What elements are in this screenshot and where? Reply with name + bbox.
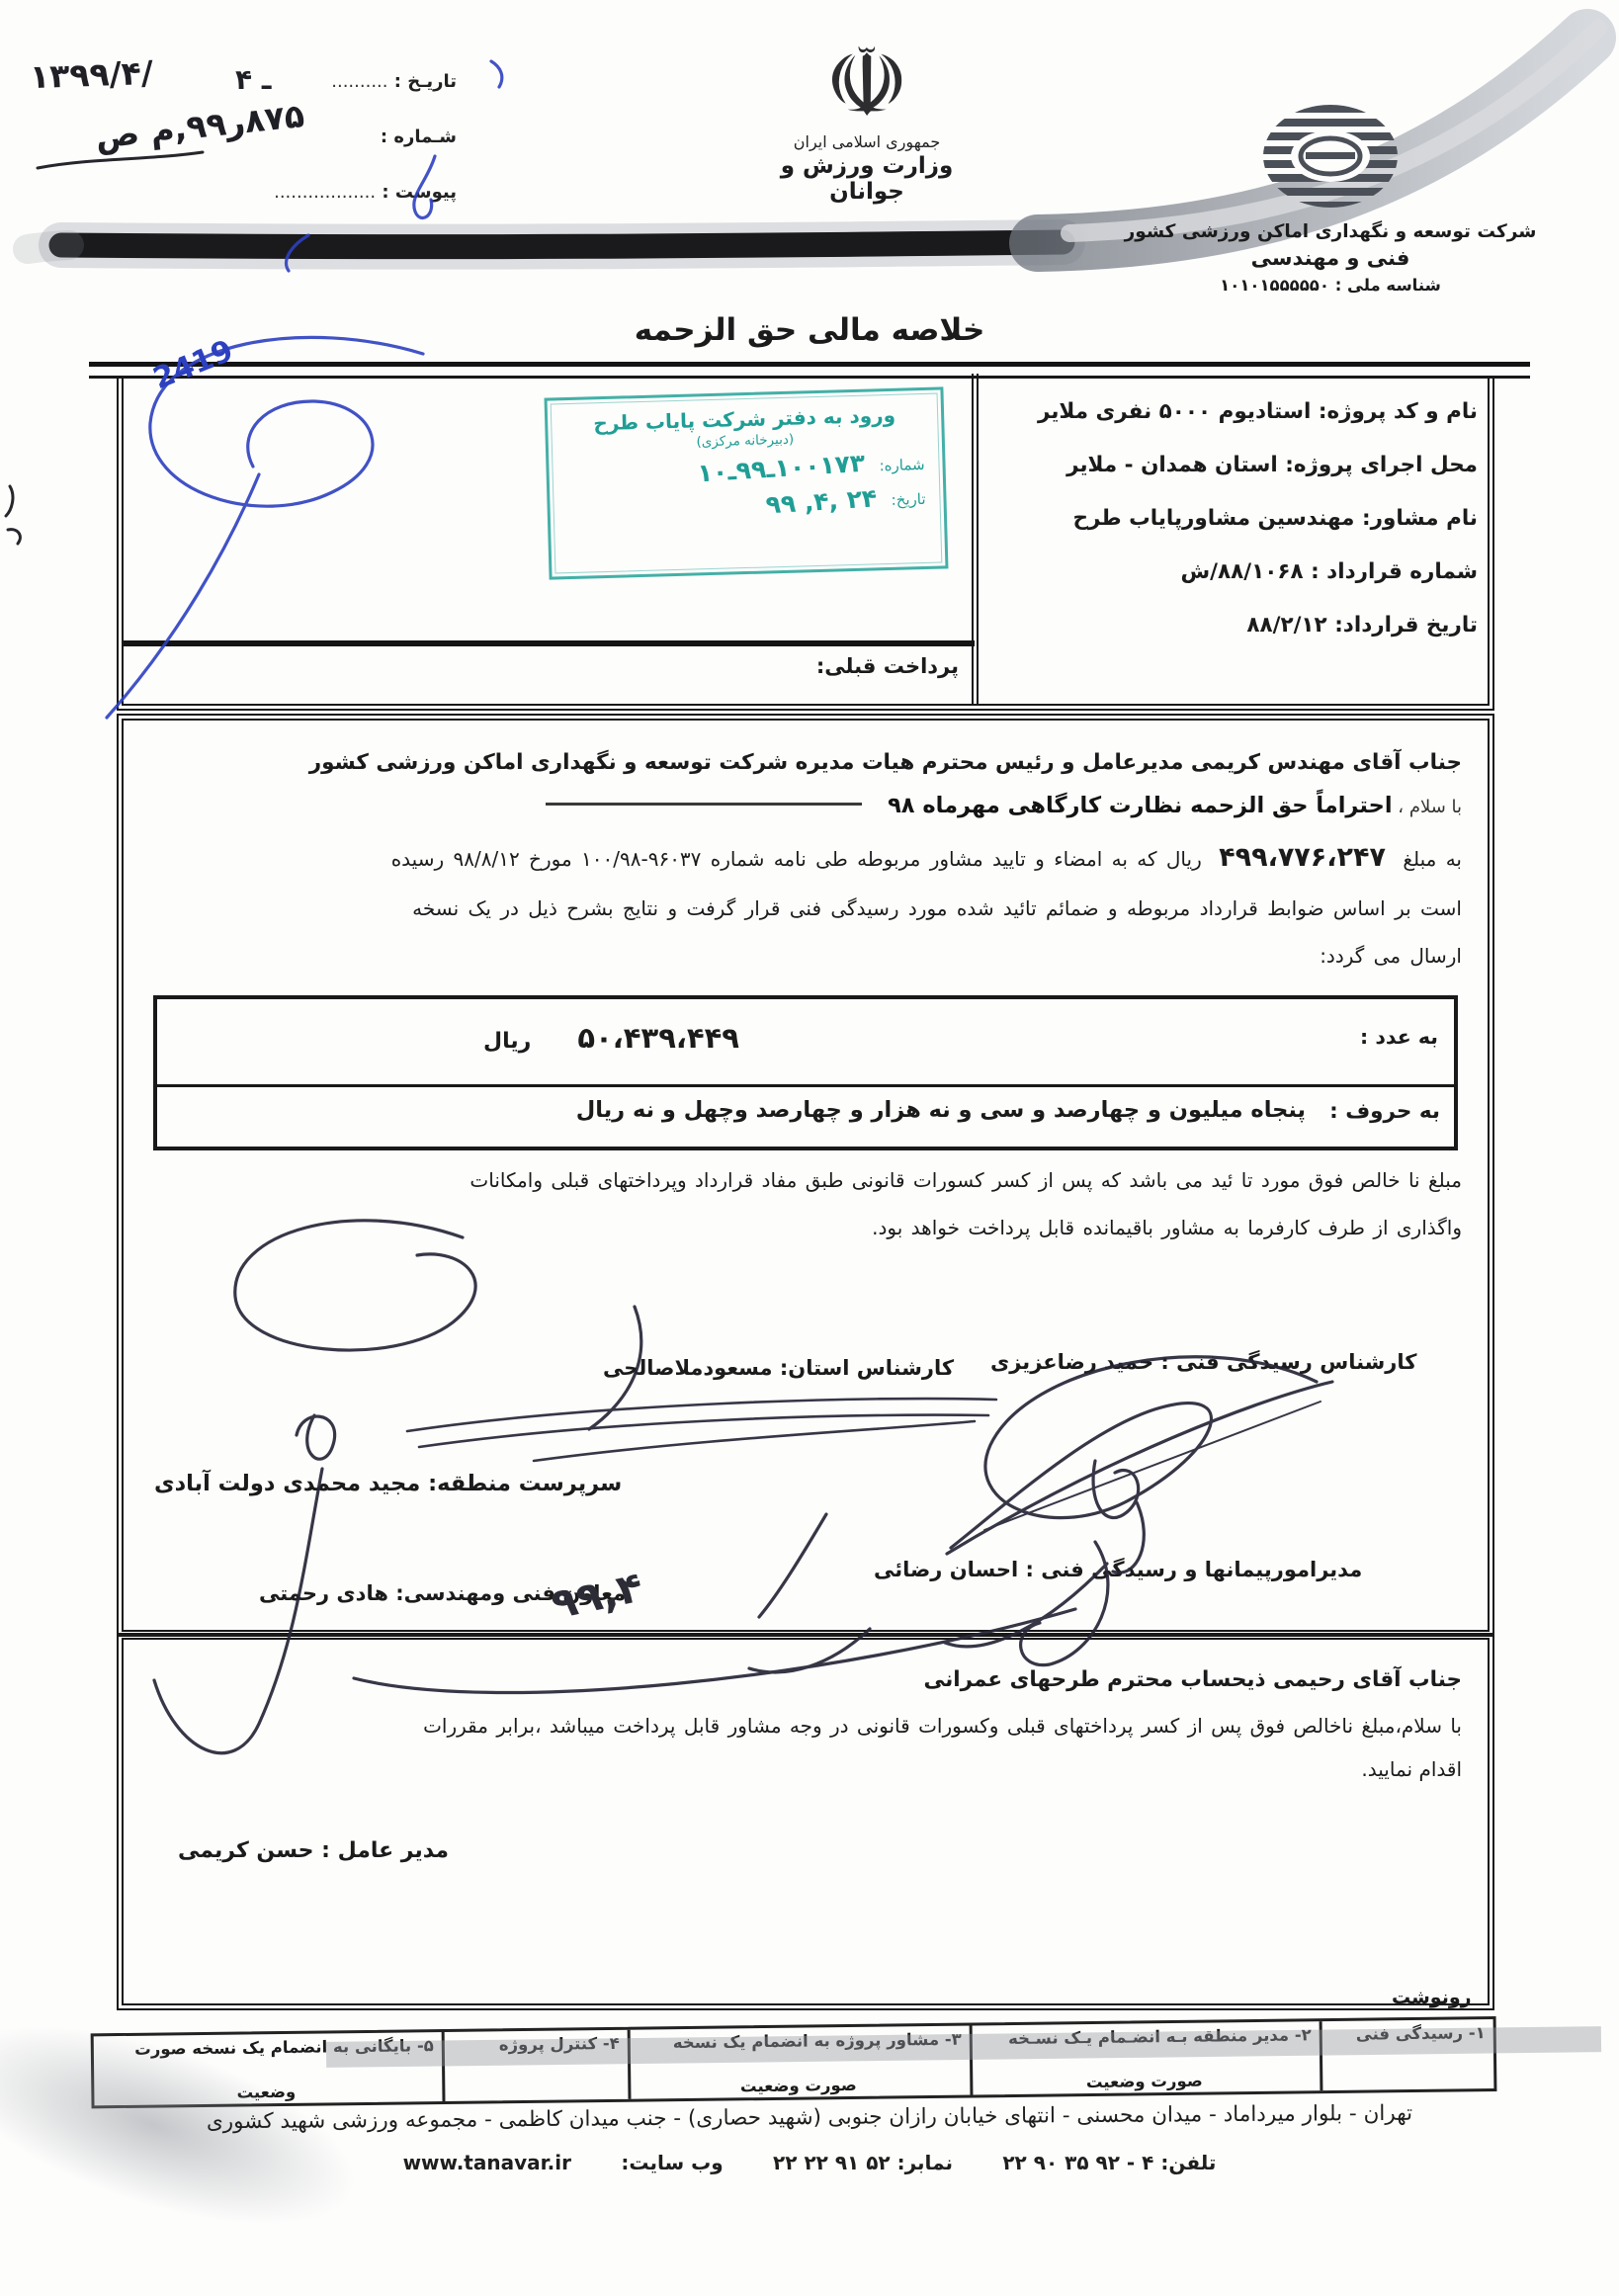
letter-body-line3: ارسال می گردد:	[149, 944, 1462, 968]
letter-body-line2: است بر اساس ضوابط قرارداد مربوطه و ضمائم…	[149, 896, 1462, 920]
contracts-manager-label: مدیرامورپیمانها و رسیدگی فنی : احسان رضا…	[874, 1558, 1362, 1581]
contract-number-row: شماره قرارداد : ۸۸/۱۰۶۸/ش	[1038, 546, 1478, 599]
letter-salutation: با سلام ، احتراماً حق الزحمه نظارت کارگا…	[149, 793, 1462, 818]
project-name-label: نام و کد پروژه:	[1319, 399, 1478, 424]
website-url: www.tanavar.ir	[403, 2151, 571, 2174]
letter2-addressee: جناب آقای رحیمی ذیحساب محترم طرحهای عمرا…	[149, 1667, 1462, 1692]
copy-cell-text2	[1326, 2086, 1486, 2088]
iran-emblem-icon: ☫	[753, 36, 980, 130]
previous-payment-strip: پرداخت قبلی:	[124, 640, 975, 704]
contract-date-label: تاریخ قرارداد:	[1334, 613, 1478, 638]
stamp-number-row: شماره: ۱۰ـ۹۹ـ۱۰۰۱۷۳	[549, 449, 943, 488]
net-note-line1: مبلغ نا خالص فوق مورد تا ئید می باشد که …	[149, 1168, 1462, 1192]
project-name-row: نام و کد پروژه: استادیوم ۵۰۰۰ نفری ملایر	[1038, 385, 1478, 439]
national-id-label: شناسه ملی :	[1335, 276, 1441, 295]
company-logo-icon	[1256, 99, 1405, 213]
body1-prefix: به مبلغ	[1403, 847, 1462, 871]
company-letterhead: شرکت توسعه و نگهداری اماکن ورزشی کشور فن…	[1095, 99, 1566, 295]
province-expert-label: کارشناس استان: مسعودملاصالحی	[603, 1356, 954, 1380]
technical-deputy-label: معاون فنی ومهندسی: هادی رحمتی	[259, 1581, 626, 1605]
footer-contacts: تلفن: ۴ - ۹۲ ۳۵ ۹۰ ۲۲ نمابر: ۵۲ ۹۱ ۲۲ ۲۲…	[0, 2151, 1619, 2174]
amount-summary-box: به عدد : ۵۰،۴۳۹،۴۴۹ ریال به حروف : پنجاه…	[153, 995, 1458, 1150]
body1-middle: ریال که به امضاء و تایید مشاور مربوطه طی…	[711, 847, 1202, 871]
amount-numeric-label: به عدد :	[1360, 1025, 1438, 1049]
contract-number-value: ۸۸/۱۰۶۸/ش	[1180, 559, 1303, 584]
region-supervisor-label: سرپرست منطقه: مجید محمدی دولت آبادی	[154, 1471, 622, 1496]
amount-words-label: به حروف :	[1329, 1099, 1440, 1124]
header-info-box: نام و کد پروژه: استادیوم ۵۰۰۰ نفری ملایر…	[117, 378, 1494, 711]
copy-cell-text2: صورت وضعیت	[977, 2070, 1312, 2092]
scanned-letter-page: تاریـخ : .......... شـماره : پیوست : ...…	[0, 0, 1619, 2296]
project-name-value: استادیوم ۵۰۰۰ نفری ملایر	[1038, 399, 1311, 424]
project-info: نام و کد پروژه: استادیوم ۵۰۰۰ نفری ملایر…	[1038, 385, 1478, 652]
letter-body-line1: به مبلغ ۴۹۹،۷۷۶،۲۴۷ ریال که به امضاء و ت…	[149, 842, 1462, 873]
fax-number: نمابر: ۵۲ ۹۱ ۲۲ ۲۲	[773, 2151, 953, 2174]
website-label: وب سایت:	[621, 2151, 723, 2174]
amount-words-value: پنجاه میلیون و چهارصد و سی و نه هزار و چ…	[576, 1097, 1306, 1123]
amount-unit: ریال	[483, 1029, 531, 1054]
reference-letter-number: ۹۶۰۳۷-۱۰۰/۹۸	[581, 847, 701, 871]
managing-director-label: مدیر عامل : حسن کریمی	[178, 1838, 449, 1863]
attachment-dotted-line: ..................	[274, 182, 376, 203]
contract-date-value: ۸۸/۲/۱۲	[1246, 613, 1326, 638]
letter2-body-line1: با سلام،مبلغ ناخالص فوق پس از کسر پرداخت…	[149, 1714, 1462, 1738]
title-divider-rule	[89, 362, 1530, 379]
copies-heading: رونوشت	[1392, 1987, 1472, 2008]
tech-review-expert-label: کارشناس رسیدگی فنی : حمید رضاعزیزی	[990, 1350, 1416, 1374]
project-location-value: استان همدان - ملایر	[1066, 453, 1278, 477]
salutation-subject: احتراماً حق الزحمه نظارت کارگاهی مهرماه …	[888, 793, 1392, 818]
gross-amount-inline: ۴۹۹،۷۷۶،۲۴۷	[1219, 842, 1386, 873]
letter2-body-line2: اقدام نمایید.	[149, 1757, 1462, 1781]
company-name: شرکت توسعه و نگهداری اماکن ورزشی کشور	[1095, 221, 1566, 242]
consultant-label: نام مشاور:	[1362, 506, 1478, 531]
salutation-prefix: با سلام ،	[1398, 797, 1462, 817]
body1-suffix: رسیده	[391, 847, 444, 871]
project-location-row: محل اجرای پروژه: استان همدان - ملایر	[1038, 439, 1478, 492]
letterhead-attachment-row: پیوست : ..................	[22, 182, 457, 203]
stamp-number-label: شماره:	[879, 455, 924, 473]
date-label: تاریـخ :	[394, 71, 457, 92]
contract-date-row: تاریخ قرارداد: ۸۸/۲/۱۲	[1038, 599, 1478, 652]
attachment-label: پیوست :	[382, 182, 457, 203]
amount-numeric-row: به عدد : ۵۰،۴۳۹،۴۴۹ ریال	[157, 999, 1454, 1087]
number-label: شـماره :	[381, 127, 457, 147]
amount-words-row: به حروف : پنجاه میلیون و چهارصد و سی و ن…	[157, 1087, 1454, 1147]
dated-word: مورخ	[529, 847, 572, 871]
amount-numeric-value: ۵۰،۴۳۹،۴۴۹	[577, 1021, 739, 1055]
copy-cell-text2	[449, 2097, 620, 2099]
reference-letter-date: ۹۸/۸/۱۲	[454, 847, 520, 871]
handwritten-date-day: ـ ۴	[235, 63, 271, 96]
previous-payment-label: پرداخت قبلی:	[816, 654, 959, 678]
document-title: خلاصه مالی حق الزحمه	[0, 312, 1619, 348]
national-id-value: ۱۰۱۰۱۵۵۵۵۵۰	[1220, 276, 1329, 295]
date-dotted-line: ..........	[331, 71, 387, 92]
consultant-row: نام مشاور: مهندسین مشاورپایاب طرح	[1038, 492, 1478, 546]
stamp-date-value: ۹۹ ,۴, ۲۴	[765, 483, 878, 519]
secretariat-entry-stamp: ورود به دفتر شرکت پایاب طرح (دبیرخانه مر…	[545, 386, 949, 579]
letter-addressee: جناب آقای مهندس کریمی مدیرعامل و رئیس مح…	[149, 750, 1462, 775]
stamp-date-row: تاریخ: ۹۹ ,۴, ۲۴	[550, 483, 944, 523]
amount-numeric-group: ۵۰،۴۳۹،۴۴۹ ریال	[483, 1021, 739, 1055]
contract-number-label: شماره قرارداد :	[1311, 559, 1478, 584]
stamp-number-value: ۱۰ـ۹۹ـ۱۰۰۱۷۳	[697, 449, 866, 488]
main-letter-box: جناب آقای مهندس کریمی مدیرعامل و رئیس مح…	[117, 714, 1494, 1637]
ministry-letterhead: ☫ جمهوری اسلامی ایران وزارت ورزش و جوانا…	[753, 36, 980, 205]
phone-number: تلفن: ۴ - ۹۲ ۳۵ ۹۰ ۲۲	[1002, 2151, 1216, 2174]
copy-cell-text2: صورت وضعیت	[635, 2075, 962, 2097]
consultant-value: مهندسین مشاورپایاب طرح	[1073, 506, 1355, 531]
project-location-label: محل اجرای پروژه:	[1285, 453, 1478, 477]
stamp-date-label: تاریخ:	[891, 489, 925, 508]
republic-caption: جمهوری اسلامی ایران	[753, 132, 980, 151]
handwritten-date-year: ۱۳۹۹/۴/	[29, 53, 153, 96]
net-note-line2: واگذاری از طرف کارفرما به مشاور باقیماند…	[149, 1216, 1462, 1239]
underline-dash	[546, 803, 862, 806]
ministry-name: وزارت ورزش و جوانان	[753, 153, 980, 205]
national-id: شناسه ملی : ۱۰۱۰۱۵۵۵۵۵۰	[1095, 276, 1566, 295]
company-subtitle: فنی و مهندسی	[1095, 246, 1566, 270]
treasurer-letter-box: جناب آقای رحیمی ذیحساب محترم طرحهای عمرا…	[117, 1633, 1494, 2010]
